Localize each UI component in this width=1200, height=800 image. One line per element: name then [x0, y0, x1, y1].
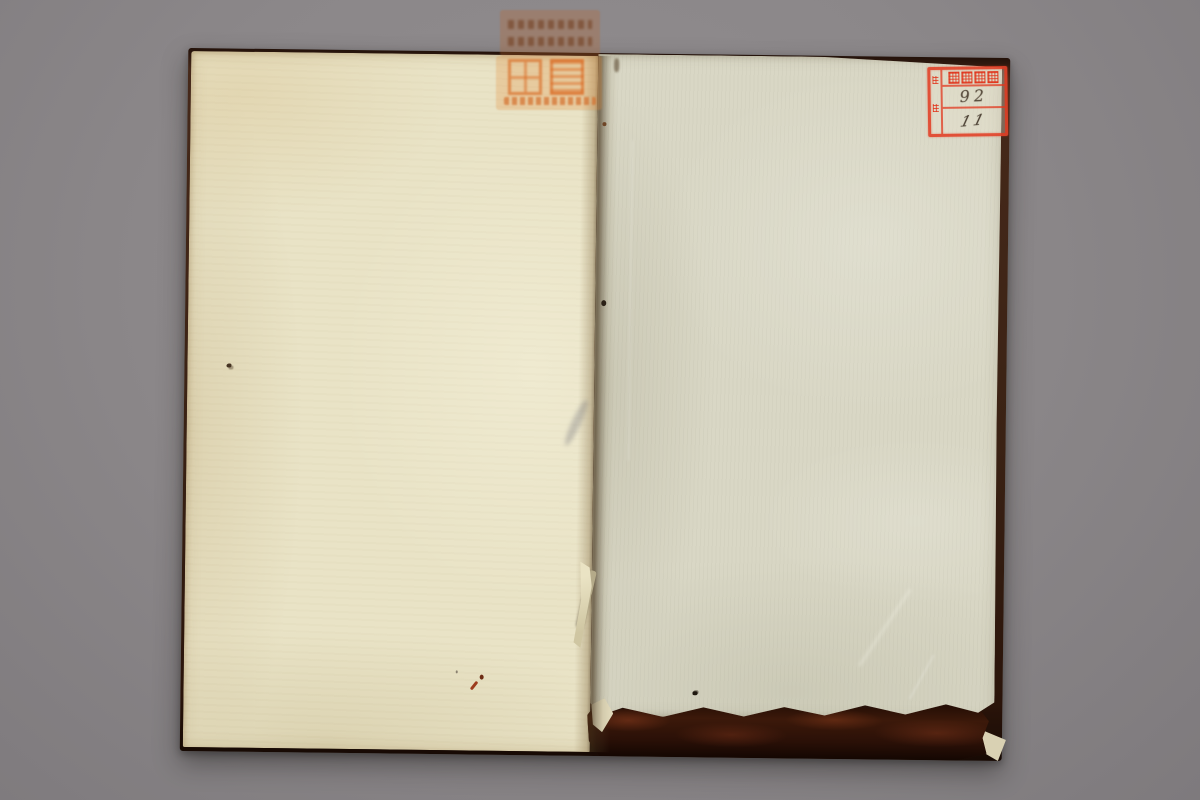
gutter-ink-dot	[601, 300, 606, 306]
watermark-small-glyph-row	[508, 37, 592, 46]
label-seal-glyph	[932, 76, 938, 84]
seal-character-glyph	[987, 71, 998, 83]
label-seal-title-row	[942, 69, 1004, 87]
photo-background: 92 11	[0, 0, 1200, 800]
label-volume-number: 11	[959, 112, 989, 130]
label-side-column	[930, 70, 943, 134]
seal-character-glyph	[948, 71, 959, 83]
label-seal-glyph	[933, 104, 939, 112]
library-label: 92 11	[927, 66, 1008, 137]
right-blank-page	[590, 54, 1002, 721]
label-shelf-number: 92	[959, 88, 988, 105]
watermark-small-glyph-row	[508, 20, 592, 29]
gutter-brown-dot	[602, 122, 606, 126]
ink-speck	[226, 363, 231, 367]
book: 92 11	[172, 45, 1019, 767]
tiny-speck	[456, 670, 458, 673]
dark-speck	[692, 691, 697, 695]
seal-character-glyph	[961, 71, 972, 83]
seal-character-glyph	[974, 71, 985, 83]
label-volume-row: 11	[943, 108, 1005, 134]
label-shelf-row: 92	[943, 86, 1005, 109]
red-ink-dot	[480, 675, 484, 680]
gutter-top-stain	[614, 58, 619, 72]
left-blank-page	[183, 51, 598, 752]
